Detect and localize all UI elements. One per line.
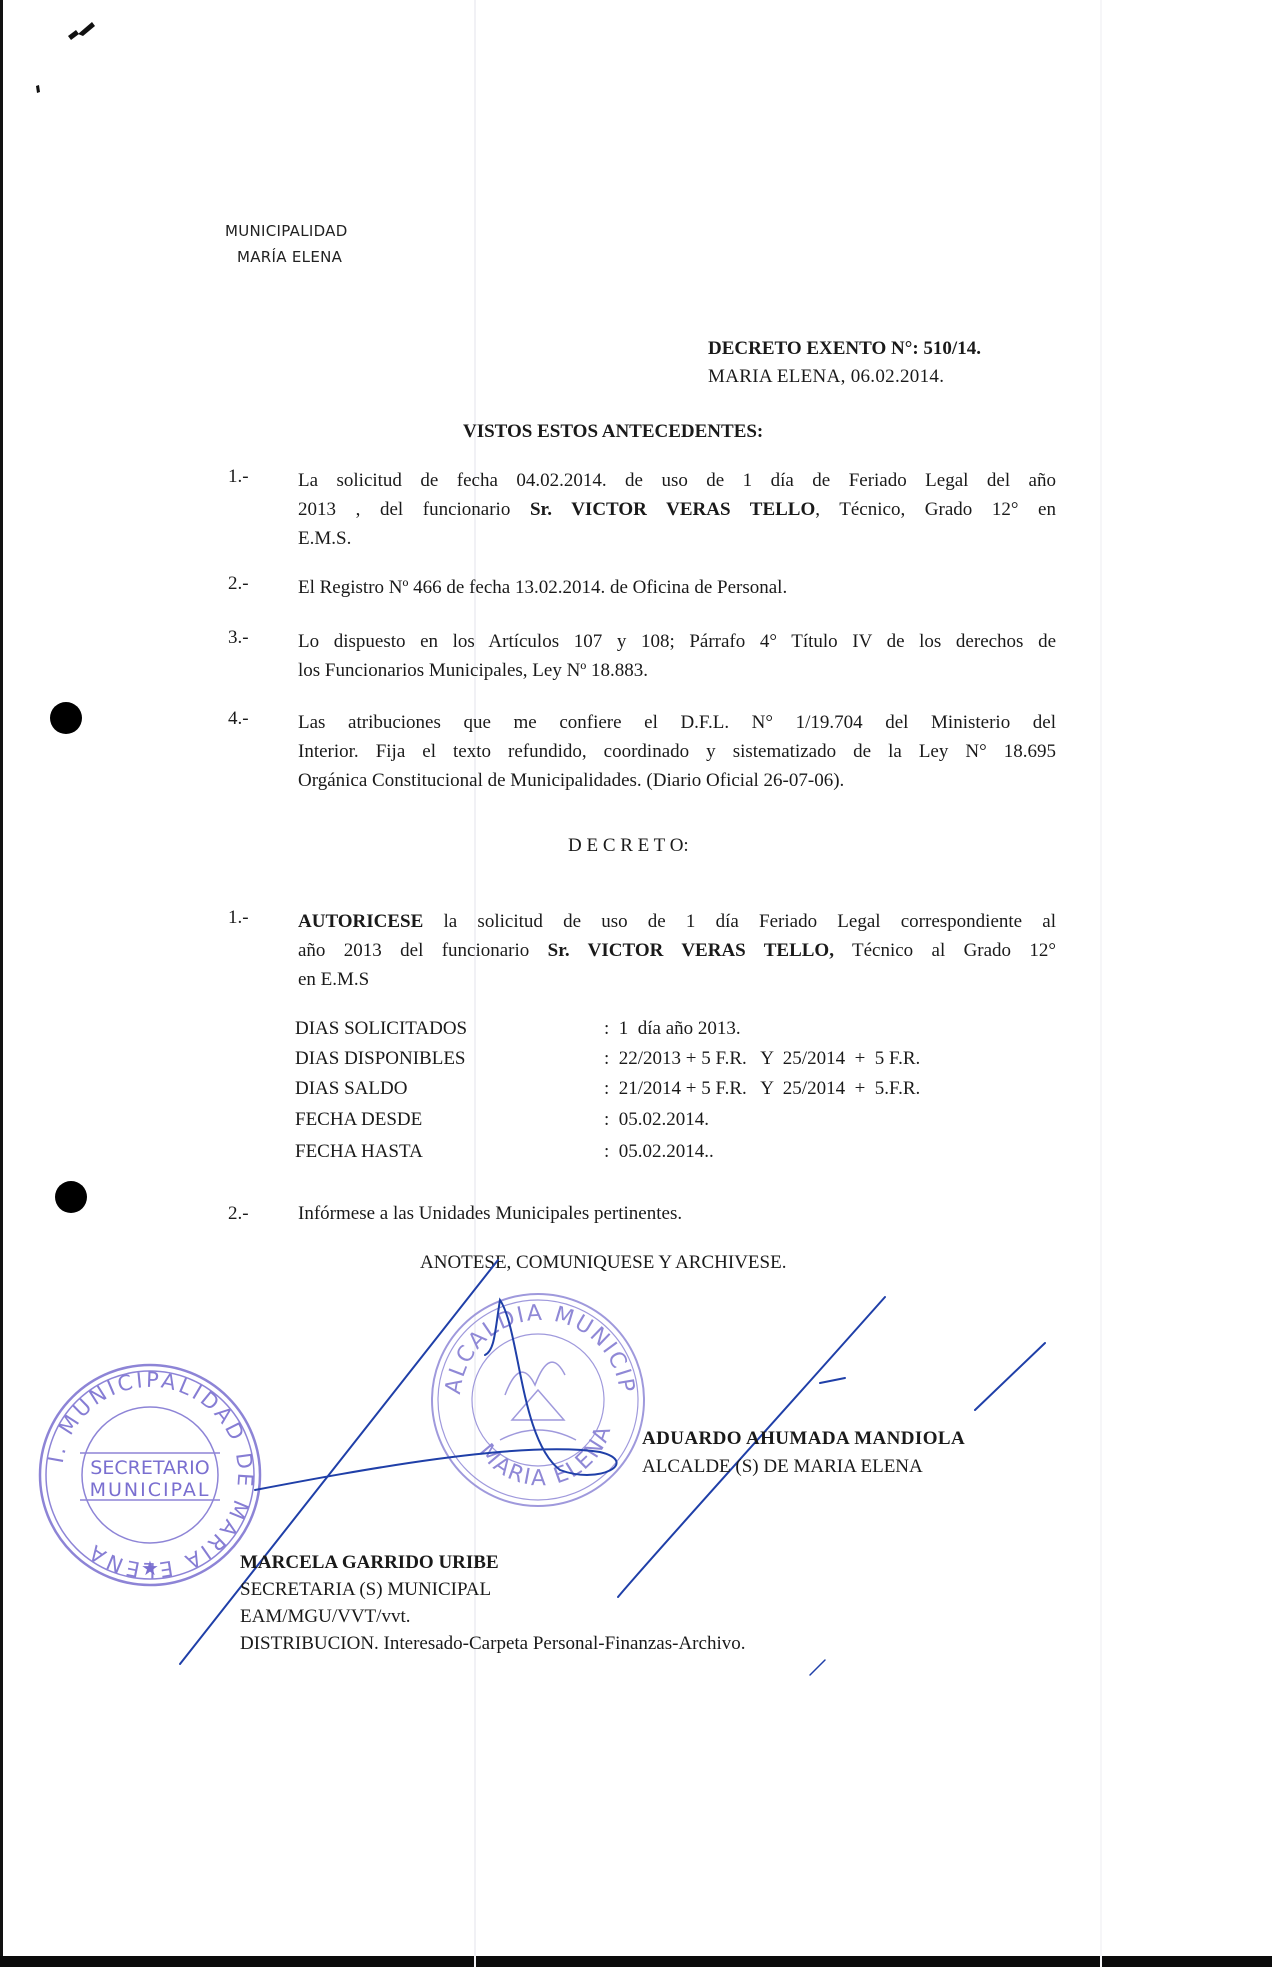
scan-marks xyxy=(36,22,95,93)
secretary-stamp-center-1: SECRETARIO xyxy=(90,1457,209,1479)
star-icon: ★ xyxy=(141,1558,159,1580)
mayor-stamp-ring-top: ALCALDIA MUNICIPAL xyxy=(0,0,639,1396)
signature-stroke xyxy=(810,1660,825,1675)
signature-stroke xyxy=(180,1260,498,1664)
reference-initials: EAM/MGU/VVT/vvt. xyxy=(240,1606,410,1628)
distribution-list: DISTRIBUCION. Interesado-Carpeta Persona… xyxy=(240,1633,745,1655)
stamps-and-signatures: I. MUNICIPALIDAD DE MARIA ELENA SECRETAR… xyxy=(0,0,1272,1967)
secretary-stamp-center-2: MUNICIPAL xyxy=(90,1479,211,1501)
mayor-title: ALCALDE (S) DE MARIA ELENA xyxy=(642,1456,923,1478)
signature-stroke xyxy=(820,1378,845,1383)
coat-of-arms-icon xyxy=(500,1362,576,1440)
mayor-stamp-ring-bottom: MARIA ELENA xyxy=(474,1422,617,1492)
mayor-name: ADUARDO AHUMADA MANDIOLA xyxy=(642,1428,965,1450)
secretary-title: SECRETARIA (S) MUNICIPAL xyxy=(240,1579,491,1601)
secretary-name: MARCELA GARRIDO URIBE xyxy=(240,1552,499,1574)
signature-stroke xyxy=(975,1343,1045,1410)
